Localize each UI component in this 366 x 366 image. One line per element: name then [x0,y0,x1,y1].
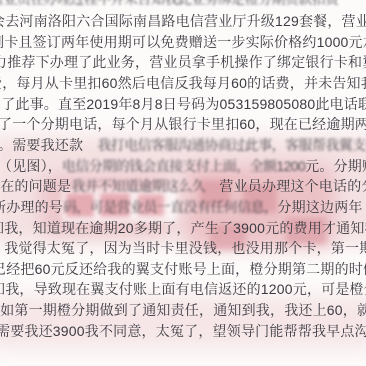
text-segment: 已经把60元反还给我的翼支付账号上面，橙分期第二期的时候也没 [0,261,366,277]
text-segment: 。我觉得太冤了，因为当时卡里没钱，也没用那个卡，第一期逾期 [0,240,366,256]
text-line: 用了此事。直至2019年8月8日号码为053159805080此电话联系我 [0,94,366,114]
text-line: 已经把60元反还给我的翼支付账号上面，橙分期第二期的时候也没 [0,259,366,279]
text-line: 力推荐下办理了此业务，营业员拿手机操作了绑定银行卡和翼支付， [0,52,366,72]
text-segment: 需要我还3900我不同意，太冤了，望领导门能帮帮我早点沟通协商 [0,323,366,339]
text-line: 。我觉得太冤了，因为当时卡里没钱，也没用那个卡，第一期逾期 [0,238,366,258]
text-segment: 副卡且签订两年使用期可以免费赠送一步实际价格约1000元左右， [0,34,366,50]
text-line: 现在的问题是我并不知道逾期这么久 营业员办理这个电话的分期 [0,176,366,196]
text-block: 营业员在办理过程中并未告知我此业务绑定橙分期贷款扣费会去河南洛阳六合国际南昌路电… [0,0,366,366]
text-line: （见图），电信分期的钱会直接支付上面，全额1200元。分期账 [0,156,366,176]
text-segment: 会去河南洛阳六合国际南昌路电信营业厅升级129套餐，营业员告知 [0,13,366,29]
text-segment: 我打电信客服沟通协商过此事，客服帮我翼支付 [97,137,366,153]
text-segment: 力推荐下办理了此业务，营业员拿手机操作了绑定银行卡和翼支付， [0,54,366,70]
text-line: 会去河南洛阳六合国际南昌路电信营业厅升级129套餐，营业员告知 [0,11,366,31]
text-line: 知我，导致现在翼支付账上面有电信返还的1200元，可是橙分期没 [0,279,366,299]
text-line: 费，每月从卡里扣60然后电信反我每月60的话费，并未告知我使用 [0,73,366,93]
text-segment: 费，每月从卡里扣60然后电信反我每月60的话费，并未告知我使用 [0,75,366,91]
text-line: 新办理的号码，可是营业员一直没有任何信息，分期这边两年 [0,197,363,217]
text-segment: 知我，知道现在逾期20多期了，产生了3900元的费用才通知我。让 [0,220,366,236]
text-segment: 营业员办理这个电话的分期 [205,178,366,194]
text-segment: 码，可是营业员一直没有任何信息， [63,199,277,215]
text-segment: 营业员在办理过程中并未告知我此业务绑定橙分期贷款扣费 [0,0,338,7]
text-segment: 新办理的号 [0,199,63,215]
text-segment: 用了此事。直至2019年8月8日号码为053159805080此电话联系我 [0,96,366,112]
text-segment: 元。分期账 [305,158,366,174]
text-line: 。需要我还款 我打电信客服沟通协商过此事，客服帮我翼支付 [0,135,366,155]
text-segment: 知我，导致现在翼支付账上面有电信返还的1200元，可是橙分期没 [0,281,366,297]
text-line: 营业员在办理过程中并未告知我此业务绑定橙分期贷款扣费 [0,0,338,9]
text-segment: 分期这边两年 [277,199,362,215]
text-segment: （见图）， [0,158,62,174]
text-segment: 电信分期的钱会直接支付上面，全额1200 [62,158,305,174]
text-line: 假如第一期橙分期做到了通知责任，通知到我，我还上60，就不会产 [0,300,366,320]
text-line: 知我，知道现在逾期20多期了，产生了3900元的费用才通知我。让 [0,218,366,238]
text-segment: 现在的问题是 [0,178,71,194]
text-line: 了一个分期电话，每个月从银行卡里扣60，现在已经逾期两年，需 [0,114,366,134]
text-segment: 我并不知道逾期这么久 [71,178,205,194]
text-line: 副卡且签订两年使用期可以免费赠送一步实际价格约1000元左右， [0,32,366,52]
complaint-text-page: 营业员在办理过程中并未告知我此业务绑定橙分期贷款扣费会去河南洛阳六合国际南昌路电… [0,0,366,366]
text-line: 需要我还3900我不同意，太冤了，望领导门能帮帮我早点沟通协商 [0,321,366,341]
text-segment: 假如第一期橙分期做到了通知责任，通知到我，我还上60，就不会产 [0,302,366,318]
text-segment: 了一个分期电话，每个月从银行卡里扣60，现在已经逾期两年，需 [0,116,366,132]
text-segment: 。需要我还款 [0,137,97,153]
